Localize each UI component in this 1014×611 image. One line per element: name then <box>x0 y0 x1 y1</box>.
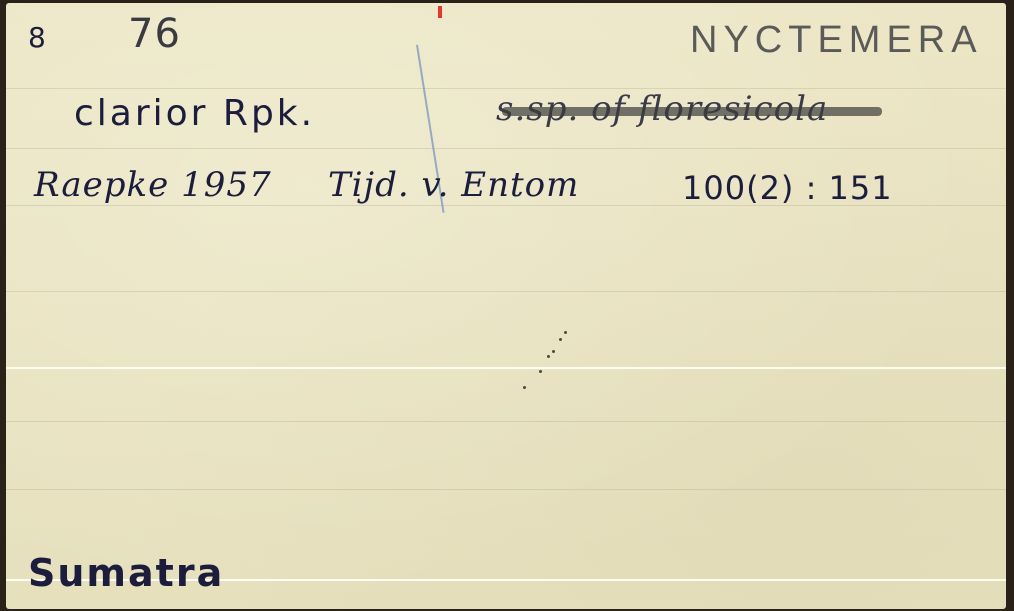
ruled-line <box>6 489 1006 490</box>
strikethrough <box>502 107 882 116</box>
ruled-line <box>6 421 1006 422</box>
ink-speck <box>552 350 555 353</box>
drawer-number: 8 <box>28 21 47 54</box>
citation-journal: Tijd. v. Entom <box>328 165 579 205</box>
red-tab-mark <box>438 6 442 18</box>
genus-name: NYCTEMERA <box>690 19 983 62</box>
ruled-line <box>6 367 1006 369</box>
ink-speck <box>559 338 562 341</box>
ruled-line <box>6 291 1006 292</box>
card-number: 76 <box>128 11 181 57</box>
citation-author-year: Raepke 1957 <box>34 165 272 205</box>
index-card: 8 76 NYCTEMERA clarior Rpk. s.sp. of flo… <box>6 3 1006 609</box>
species-name: clarior Rpk. <box>74 93 315 134</box>
ink-speck <box>539 370 542 373</box>
ink-speck <box>564 331 567 334</box>
ink-speck <box>523 386 526 389</box>
ruled-line <box>6 148 1006 149</box>
ink-speck <box>547 355 550 358</box>
locality: Sumatra <box>28 551 224 595</box>
citation-volume-page: 100(2) : 151 <box>682 169 893 207</box>
